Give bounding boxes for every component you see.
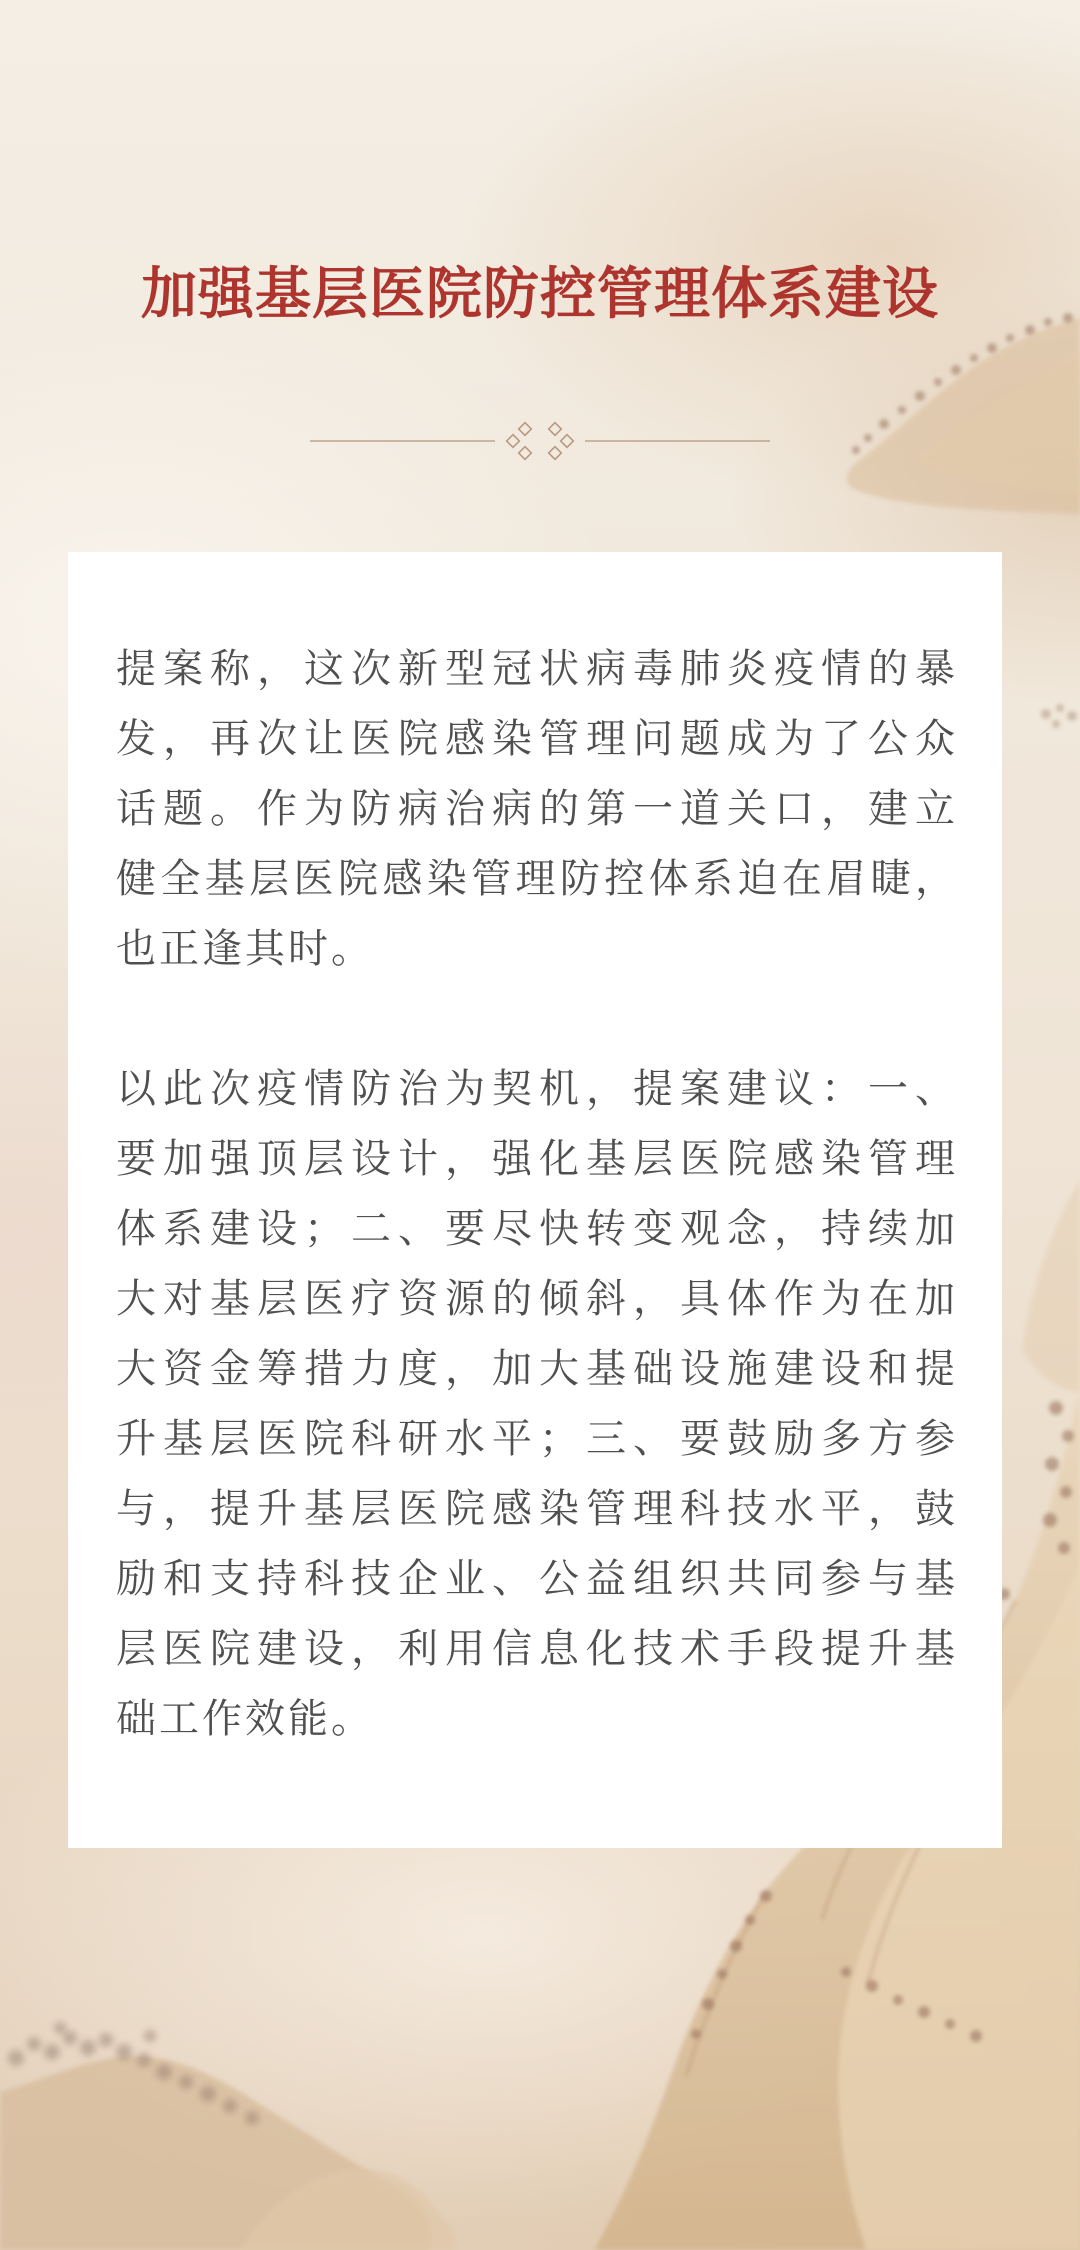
text-line: 要加强顶层设计，强化基层医院感染管理 bbox=[116, 1124, 958, 1194]
paragraph-2: 以此次疫情防治为契机，提案建议：一、要加强顶层设计，强化基层医院感染管理体系建设… bbox=[116, 1054, 958, 1754]
text-line: 发，再次让医院感染管理问题成为了公众 bbox=[116, 704, 958, 774]
text-line: 础工作效能。 bbox=[116, 1684, 958, 1754]
text-line: 大对基层医疗资源的倾斜，具体作为在加 bbox=[116, 1264, 958, 1334]
text-line: 提案称，这次新型冠状病毒肺炎疫情的暴 bbox=[116, 634, 958, 704]
text-line: 大资金筹措力度，加大基础设施建设和提 bbox=[116, 1334, 958, 1404]
article-card: 提案称，这次新型冠状病毒肺炎疫情的暴发，再次让医院感染管理问题成为了公众话题。作… bbox=[68, 552, 1002, 1848]
text-line: 话题。作为防病治病的第一道关口，建立 bbox=[116, 774, 958, 844]
divider-line-left bbox=[310, 440, 495, 442]
text-line: 层医院建设，利用信息化技术手段提升基 bbox=[116, 1614, 958, 1684]
text-line: 升基层医院科研水平；三、要鼓励多方参 bbox=[116, 1404, 958, 1474]
bottom-left-island bbox=[0, 2022, 457, 2250]
diamond-ornament-icon bbox=[501, 420, 579, 462]
text-line: 健全基层医院感染管理防控体系迫在眉睫， bbox=[116, 844, 958, 914]
text-line: 也正逢其时。 bbox=[116, 914, 958, 984]
poster-title: 加强基层医院防控管理体系建设 bbox=[0, 250, 1080, 330]
text-line: 体系建设；二、要尽快转变观念，持续加 bbox=[116, 1194, 958, 1264]
text-line: 与，提升基层医院感染管理科技水平，鼓 bbox=[116, 1474, 958, 1544]
paragraph-1: 提案称，这次新型冠状病毒肺炎疫情的暴发，再次让医院感染管理问题成为了公众话题。作… bbox=[116, 634, 958, 984]
top-right-ridge bbox=[847, 313, 1080, 514]
right-edge-tree-motif bbox=[1041, 704, 1077, 728]
text-line: 以此次疫情防治为契机，提案建议：一、 bbox=[116, 1054, 958, 1124]
divider-line-right bbox=[585, 440, 770, 442]
ornamental-divider bbox=[310, 420, 770, 462]
poster-canvas: 加强基层医院防控管理体系建设 提案称，这次新型冠状病毒肺炎疫情的暴发，再次让医院… bbox=[0, 0, 1080, 2250]
text-line: 励和支持科技企业、公益组织共同参与基 bbox=[116, 1544, 958, 1614]
